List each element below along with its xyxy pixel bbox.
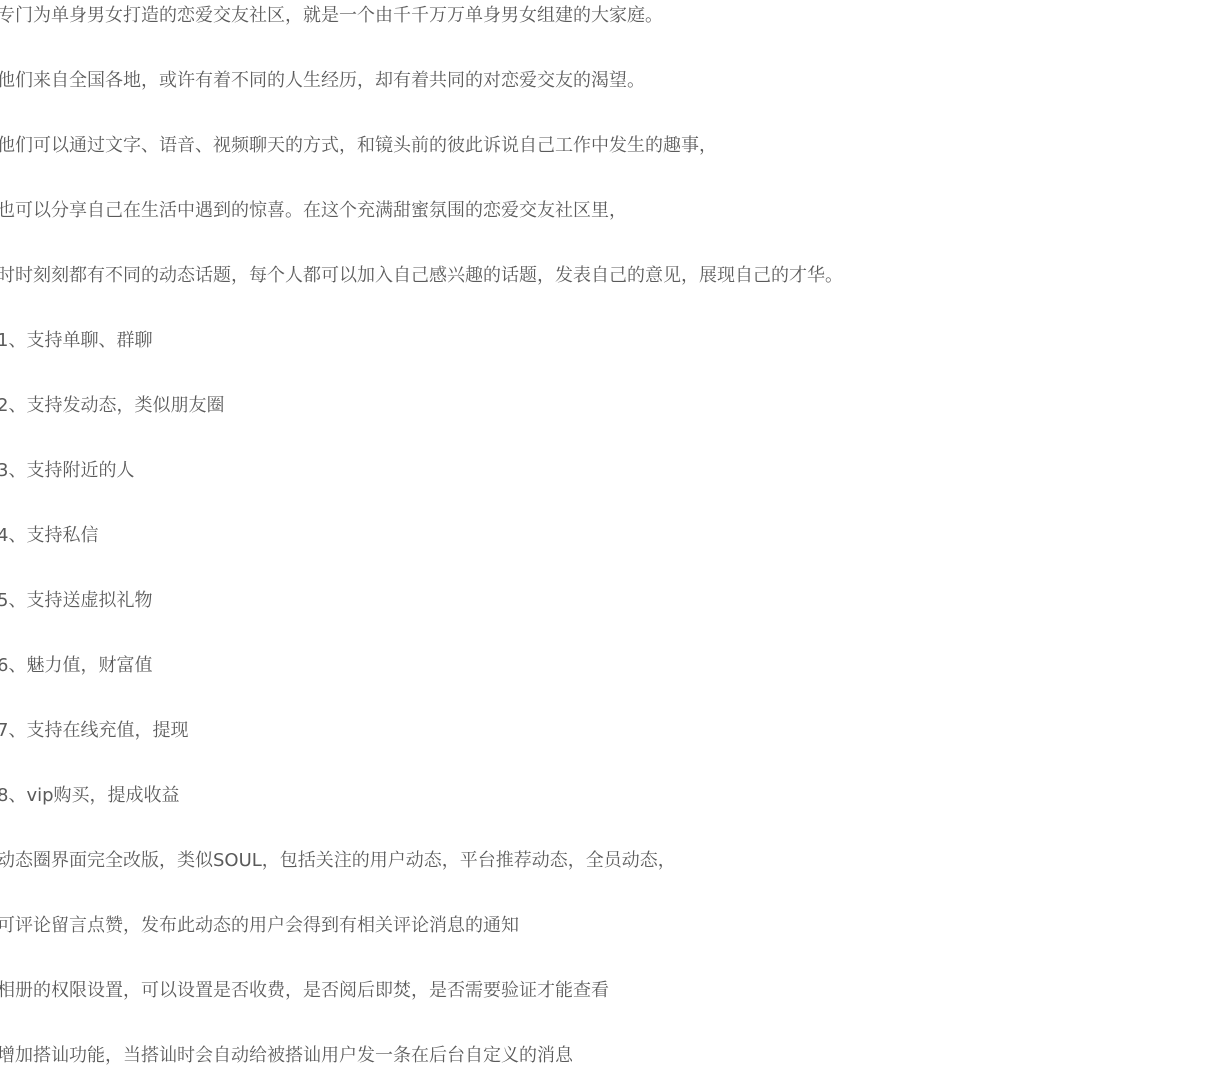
intro-paragraph-2: 他们来自全国各地，或许有着不同的人生经历，却有着共同的对恋爱交友的渴望。	[0, 69, 645, 93]
feature-item-7: 7、支持在线充值，提现	[0, 719, 188, 743]
intro-paragraph-4: 也可以分享自己在生活中遇到的惊喜。在这个充满甜蜜氛围的恋爱交友社区里，	[0, 199, 627, 223]
feature-item-6: 6、魅力值，财富值	[0, 654, 152, 678]
intro-paragraph-5: 时时刻刻都有不同的动态话题，每个人都可以加入自己感兴趣的话题，发表自己的意见，展…	[0, 264, 843, 288]
update-paragraph-2: 可评论留言点赞，发布此动态的用户会得到有相关评论消息的通知	[0, 914, 519, 938]
feature-item-5: 5、支持送虚拟礼物	[0, 589, 152, 613]
update-paragraph-4: 增加搭讪功能，当搭讪时会自动给被搭讪用户发一条在后台自定义的消息	[0, 1044, 573, 1068]
update-paragraph-3: 相册的权限设置，可以设置是否收费，是否阅后即焚，是否需要验证才能查看	[0, 979, 609, 1003]
feature-item-3: 3、支持附近的人	[0, 459, 134, 483]
feature-item-1: 1、支持单聊、群聊	[0, 329, 152, 353]
feature-item-8: 8、vip购买，提成收益	[0, 784, 180, 808]
feature-item-4: 4、支持私信	[0, 524, 98, 548]
intro-paragraph-1: 专门为单身男女打造的恋爱交友社区，就是一个由千千万万单身男女组建的大家庭。	[0, 4, 663, 28]
update-paragraph-1: 动态圈界面完全改版，类似SOUL，包括关注的用户动态，平台推荐动态，全员动态，	[0, 849, 676, 873]
intro-paragraph-3: 他们可以通过文字、语音、视频聊天的方式，和镜头前的彼此诉说自己工作中发生的趣事，	[0, 134, 717, 158]
feature-item-2: 2、支持发动态，类似朋友圈	[0, 394, 224, 418]
